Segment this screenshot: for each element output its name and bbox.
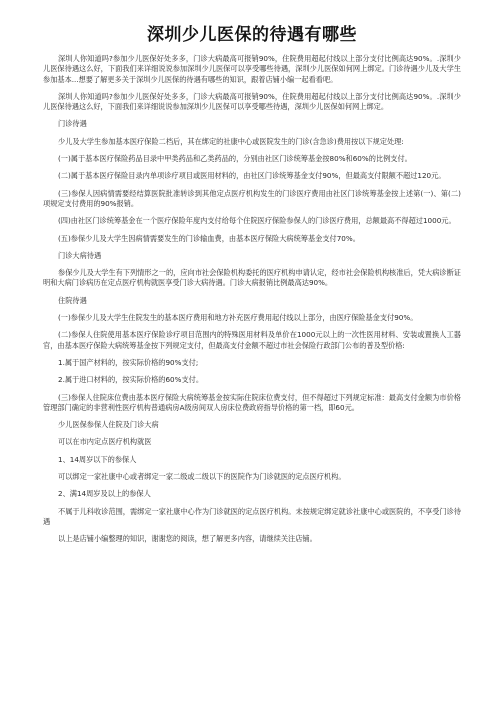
intro-paragraph: 深圳人你知道吗?参加少儿医保好处多多，门诊大病最高可报销90%，住院费用超起付线… <box>43 54 461 85</box>
paragraph: 不属于儿科收诊范围，需绑定一家社康中心作为门诊就医的定点医疗机构。未按规定绑定就… <box>43 507 461 528</box>
paragraph: (四)由社区门诊统筹基金在一个医疗保险年度内支付给每个住院医疗保险参保人的门诊医… <box>43 216 461 226</box>
section-heading-outpatient-major-illness: 门诊大病待遇 <box>43 251 461 261</box>
paragraph: (一)参保少儿及大学生住院发生的基本医疗费用和地方补充医疗费用起付线以上部分，由… <box>43 313 461 323</box>
section-heading-outpatient: 门诊待遇 <box>43 119 461 129</box>
closing-paragraph: 以上是店铺小编整理的知识，谢谢您的阅读，想了解更多内容，请继续关注店铺。 <box>43 534 461 544</box>
paragraph: 少儿及大学生参加基本医疗保险二档后，其在绑定的社康中心或医院发生的门诊(含急诊)… <box>43 137 461 147</box>
paragraph: 2、满14周岁及以上的参保人 <box>43 489 461 499</box>
paragraph: 可以在市内定点医疗机构就医 <box>43 437 461 447</box>
section-heading-inpatient: 住院待遇 <box>43 296 461 306</box>
paragraph: 1、14周岁以下的参保人 <box>43 455 461 465</box>
paragraph: (一)属于基本医疗保险药品目录中甲类药品和乙类药品的，分别由社区门诊统筹基金按8… <box>43 154 461 164</box>
section-heading-inpatient-and-major-illness: 少儿医保参保人住院及门诊大病 <box>43 420 461 430</box>
paragraph: (二)属于基本医疗保险目录内单项诊疗项目或医用材料的，由社区门诊统筹基金支付90… <box>43 171 461 181</box>
paragraph: 2.属于进口材料的，按实际价格的60%支付。 <box>43 375 461 385</box>
paragraph: (五)参保少儿及大学生因病情需要发生的门诊输血费，由基本医疗保险大病统筹基金支付… <box>43 234 461 244</box>
document-page: 深圳少儿医保的待遇有哪些 深圳人你知道吗?参加少儿医保好处多多，门诊大病最高可报… <box>43 0 461 545</box>
intro-paragraph-repeat: 深圳人你知道吗?参加少儿医保好处多多，门诊大病最高可报销90%，住院费用超起付线… <box>43 92 461 113</box>
document-title: 深圳少儿医保的待遇有哪些 <box>43 24 461 46</box>
paragraph: (三)参保人因病情需要经结算医院批准转诊到其他定点医疗机构发生的门诊医疗费用由社… <box>43 189 461 210</box>
paragraph: (二)参保人住院使用基本医疗保险诊疗项目范围内的特殊医用材料及单价在1000元以… <box>43 330 461 351</box>
paragraph: 1.属于国产材料的，按实际价格的90%支付; <box>43 358 461 368</box>
paragraph: 可以绑定一家社康中心或者绑定一家二级或二级以下的医院作为门诊就医的定点医疗机构。 <box>43 472 461 482</box>
paragraph: (三)参保人住院床位费由基本医疗保险大病统筹基金按实际住院床位费支付，但不得超过… <box>43 393 461 414</box>
paragraph: 参保少儿及大学生有下列情形之一的，应向市社会保险机构委托的医疗机构申请认定，经市… <box>43 268 461 289</box>
